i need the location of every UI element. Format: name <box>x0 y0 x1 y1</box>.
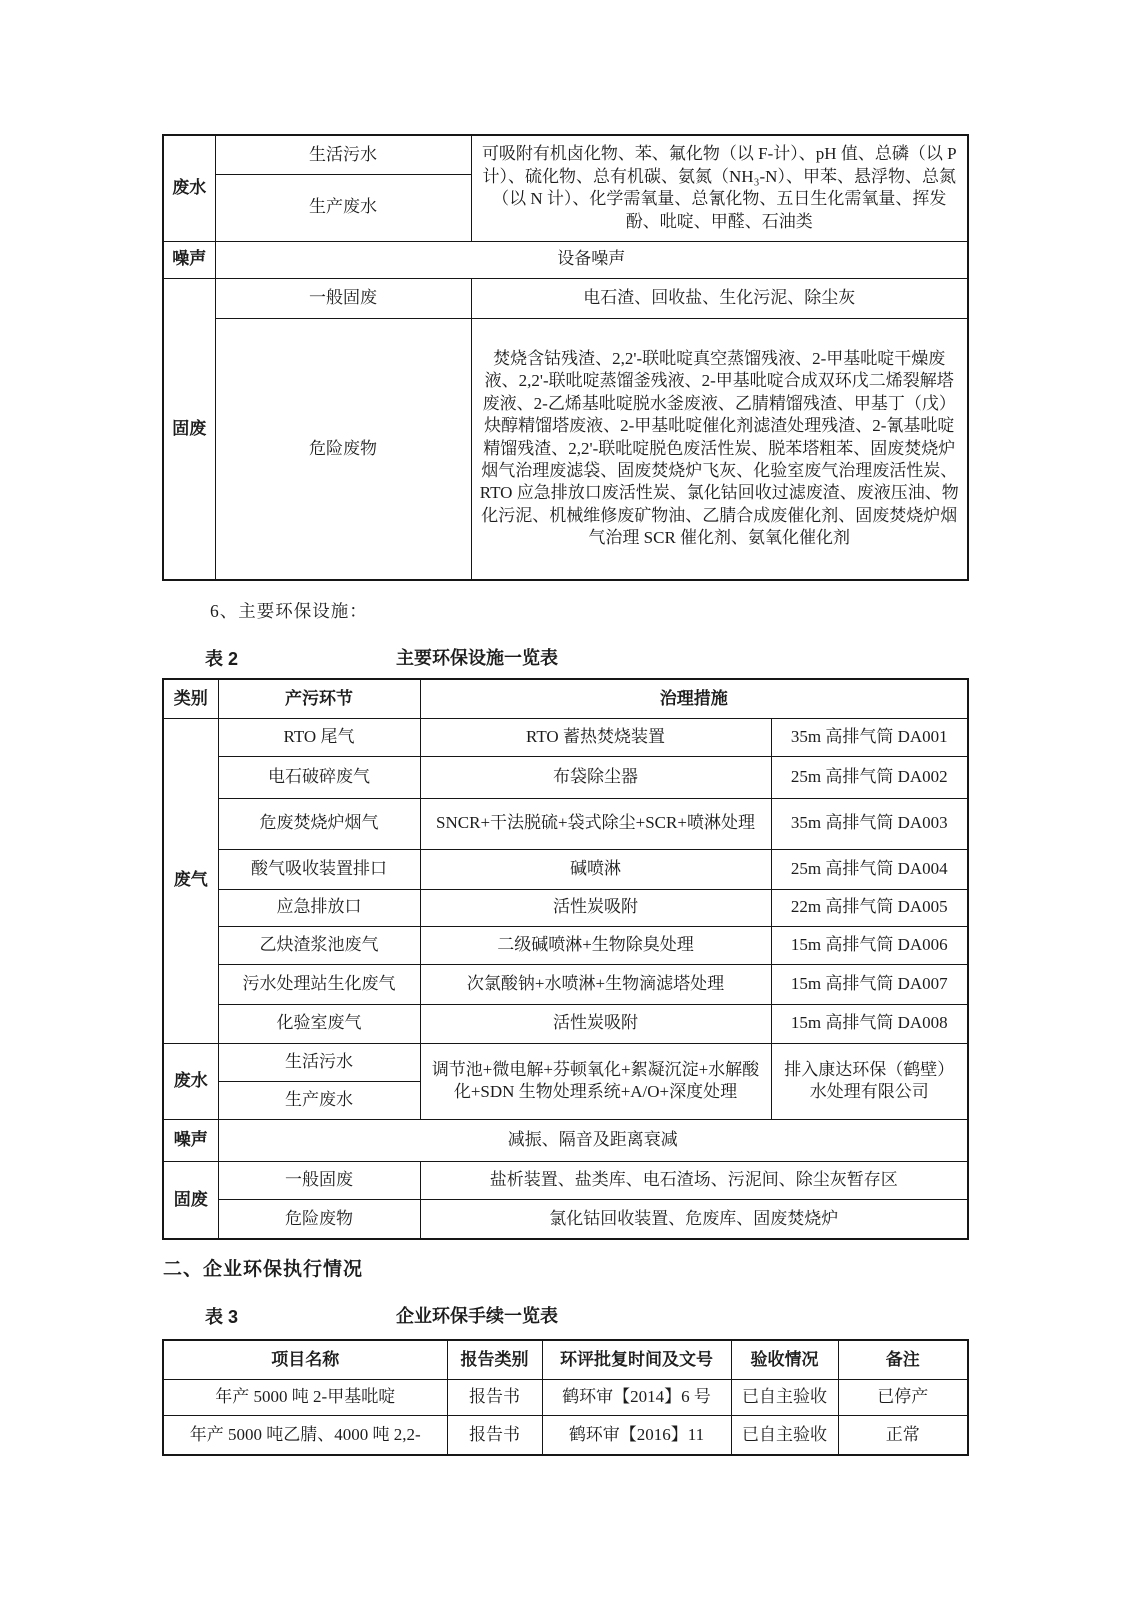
cell-t2-production-wastewater: 生产废水 <box>218 1081 420 1119</box>
cell-t1-hazardous-waste-label: 危险废物 <box>215 318 471 580</box>
table-row: 年产 5000 吨 2-甲基吡啶 报告书 鹤环审【2014】6 号 已自主验收 … <box>163 1379 968 1415</box>
cell-t2-gas-measure: RTO 蓄热焚烧装置 <box>420 718 771 756</box>
table3-label: 表 3 <box>205 1303 238 1329</box>
cell-t2-solid-category: 固废 <box>163 1161 218 1239</box>
section-2-heading: 二、企业环保执行情况 <box>163 1254 363 1281</box>
cell-t2-water-measure: 调节池+微电解+芬顿氧化+絮凝沉淀+水解酸化+SDN 生物处理系统+A/O+深度… <box>420 1043 771 1119</box>
cell-t2-gas-source: 酸气吸收装置排口 <box>218 849 420 889</box>
cell-t2-gas-measure: SNCR+干法脱硫+袋式除尘+SCR+喷淋处理 <box>420 798 771 849</box>
cell-t1-domestic-sewage: 生活污水 <box>215 135 471 174</box>
cell-t2-gas-source: RTO 尾气 <box>218 718 420 756</box>
cell-t2-gas-outlet: 15m 高排气筒 DA006 <box>771 926 968 964</box>
cell-t3-project-name: 年产 5000 吨 2-甲基吡啶 <box>163 1379 447 1415</box>
cell-t2-gas-source: 电石破碎废气 <box>218 756 420 798</box>
t3-header-remark: 备注 <box>838 1340 968 1379</box>
cell-t2-gas-measure: 二级碱喷淋+生物除臭处理 <box>420 926 771 964</box>
cell-t2-gas-outlet: 25m 高排气筒 DA004 <box>771 849 968 889</box>
table2-label: 表 2 <box>205 645 238 671</box>
cell-t2-noise-measure: 减振、隔音及距离衰减 <box>218 1119 968 1161</box>
cell-t2-gas-measure: 碱喷淋 <box>420 849 771 889</box>
cell-t1-noise-category: 噪声 <box>163 241 215 278</box>
t3-header-report-type: 报告类别 <box>447 1340 542 1379</box>
cell-t1-general-solid-label: 一般固废 <box>215 278 471 318</box>
cell-t2-gas-measure: 活性炭吸附 <box>420 1004 771 1043</box>
t2-header-measure: 治理措施 <box>420 679 968 718</box>
cell-t3-acceptance: 已自主验收 <box>731 1415 838 1455</box>
cell-t2-domestic-sewage: 生活污水 <box>218 1043 420 1081</box>
cell-t3-approval: 鹤环审【2014】6 号 <box>542 1379 731 1415</box>
cell-t2-gas-outlet: 22m 高排气筒 DA005 <box>771 889 968 926</box>
cell-t2-noise-category: 噪声 <box>163 1119 218 1161</box>
cell-t3-remark: 正常 <box>838 1415 968 1455</box>
cell-t3-report-type: 报告书 <box>447 1415 542 1455</box>
t2-header-category: 类别 <box>163 679 218 718</box>
cell-t3-approval: 鹤环审【2016】11 <box>542 1415 731 1455</box>
pollution-sources-table: 废水 生活污水 可吸附有机卤化物、苯、氟化物（以 F-计）、pH 值、总磷（以 … <box>162 134 969 581</box>
cell-t2-gas-source: 污水处理站生化废气 <box>218 964 420 1004</box>
cell-t1-wastewater-pollutants: 可吸附有机卤化物、苯、氟化物（以 F-计）、pH 值、总磷（以 P 计）、硫化物… <box>471 135 968 241</box>
table-row: 年产 5000 吨乙腈、4000 吨 2,2- 报告书 鹤环审【2016】11 … <box>163 1415 968 1455</box>
section-6-heading: 6、主要环保设施： <box>210 598 368 623</box>
t3-header-acceptance: 验收情况 <box>731 1340 838 1379</box>
cell-t3-acceptance: 已自主验收 <box>731 1379 838 1415</box>
cell-t2-gas-measure: 活性炭吸附 <box>420 889 771 926</box>
cell-t2-gas-outlet: 35m 高排气筒 DA003 <box>771 798 968 849</box>
cell-t1-solid-category: 固废 <box>163 278 215 580</box>
cell-t2-gas-outlet: 25m 高排气筒 DA002 <box>771 756 968 798</box>
cell-t2-gas-source: 应急排放口 <box>218 889 420 926</box>
cell-t2-gas-source: 乙炔渣浆池废气 <box>218 926 420 964</box>
cell-t1-noise-value: 设备噪声 <box>215 241 968 278</box>
cell-t1-wastewater-category: 废水 <box>163 135 215 241</box>
cell-t2-water-category: 废水 <box>163 1043 218 1119</box>
document-page: 废水 生活污水 可吸附有机卤化物、苯、氟化物（以 F-计）、pH 值、总磷（以 … <box>0 0 1131 1600</box>
cell-t1-general-solid-value: 电石渣、回收盐、生化污泥、除尘灰 <box>471 278 968 318</box>
cell-t3-remark: 已停产 <box>838 1379 968 1415</box>
t2-header-source: 产污环节 <box>218 679 420 718</box>
cell-t2-gas-category: 废气 <box>163 718 218 1043</box>
cell-t2-general-solid-label: 一般固废 <box>218 1161 420 1199</box>
cell-t2-gas-measure: 次氯酸钠+水喷淋+生物滴滤塔处理 <box>420 964 771 1004</box>
cell-t2-gas-source: 危废焚烧炉烟气 <box>218 798 420 849</box>
cell-t2-gas-measure: 布袋除尘器 <box>420 756 771 798</box>
cell-t2-general-solid-measure: 盐析装置、盐类库、电石渣场、污泥间、除尘灰暂存区 <box>420 1161 968 1199</box>
table3-title: 企业环保手续一览表 <box>396 1302 558 1328</box>
cell-t3-report-type: 报告书 <box>447 1379 542 1415</box>
cell-t2-gas-outlet: 15m 高排气筒 DA008 <box>771 1004 968 1043</box>
cell-t2-gas-source: 化验室废气 <box>218 1004 420 1043</box>
t3-header-project-name: 项目名称 <box>163 1340 447 1379</box>
cell-t1-hazardous-waste-value: 焚烧含钴残渣、2,2'-联吡啶真空蒸馏残液、2-甲基吡啶干燥废液、2,2'-联吡… <box>471 318 968 580</box>
epf-table: 类别 产污环节 治理措施 废气 RTO 尾气 RTO 蓄热焚烧装置 35m 高排… <box>162 678 969 1240</box>
eia-procedures-table: 项目名称 报告类别 环评批复时间及文号 验收情况 备注 年产 5000 吨 2-… <box>162 1339 969 1456</box>
table2-title: 主要环保设施一览表 <box>396 644 558 670</box>
cell-t3-project-name: 年产 5000 吨乙腈、4000 吨 2,2- <box>163 1415 447 1455</box>
cell-t1-production-wastewater: 生产废水 <box>215 174 471 241</box>
t3-header-approval: 环评批复时间及文号 <box>542 1340 731 1379</box>
cell-t2-gas-outlet: 15m 高排气筒 DA007 <box>771 964 968 1004</box>
cell-t2-hazardous-waste-label: 危险废物 <box>218 1199 420 1239</box>
cell-t2-gas-outlet: 35m 高排气筒 DA001 <box>771 718 968 756</box>
cell-t2-water-outlet: 排入康达环保（鹤壁）水处理有限公司 <box>771 1043 968 1119</box>
cell-t2-hazardous-waste-measure: 氯化钴回收装置、危废库、固废焚烧炉 <box>420 1199 968 1239</box>
